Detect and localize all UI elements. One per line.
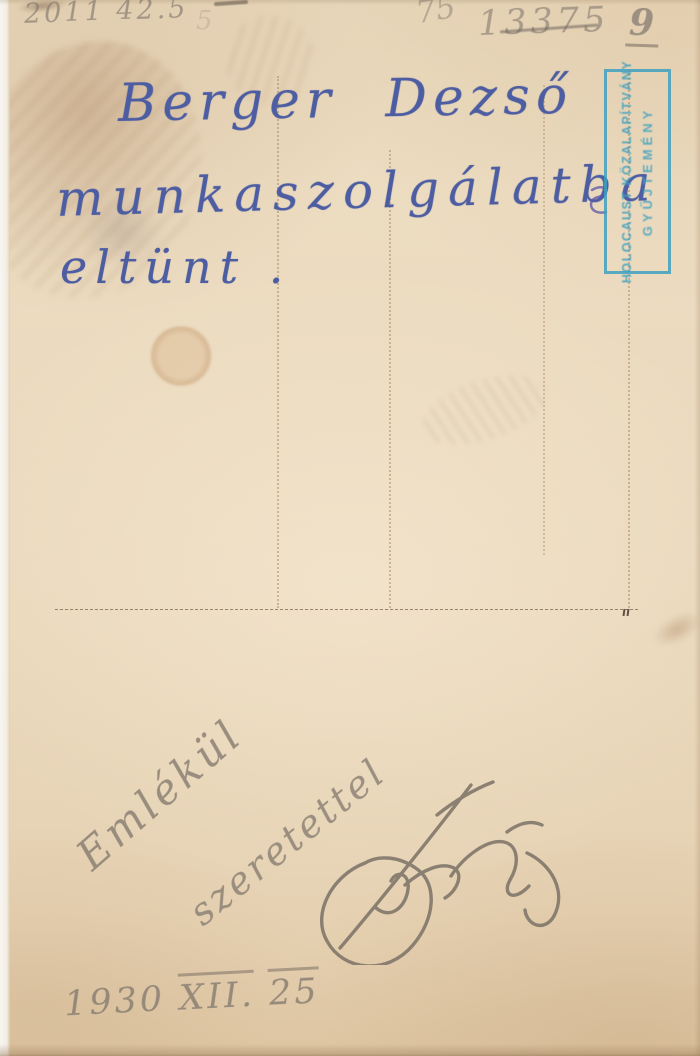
inscription-name: Berger Dezső [118, 66, 574, 134]
line-end-mark [623, 601, 631, 620]
date-note: 1930 XII. 25 [63, 971, 320, 1024]
archival-page-number: 9 [625, 1, 660, 47]
signature [265, 735, 595, 965]
card-right-edge [694, 0, 700, 1056]
round-stain [150, 326, 212, 386]
card-top-edge [0, 0, 700, 5]
scan-edge-left [0, 0, 10, 1056]
printed-horizontal-divider-line [55, 609, 638, 610]
stamp-line1: HOLOCAUST KÖZALAPÍTVÁNY [620, 60, 634, 283]
stamp-line2: GYŰJTEMÉNY [640, 107, 655, 237]
archival-number-top-right: 13375 [477, 0, 610, 44]
dedication-word1: Emlékül [67, 710, 252, 880]
postcard-back-scan: 2011 42.5 5 75 13375 9 Berger Dezső munk… [0, 0, 700, 1056]
printed-vertical-guide-line [277, 76, 279, 608]
collection-stamp: HOLOCAUST KÖZALAPÍTVÁNY GYŰJTEMÉNY [607, 71, 668, 272]
date-month-roman: XII. [178, 970, 256, 1019]
inscription-line2: munkaszolgálatba [55, 154, 660, 228]
printed-vertical-guide-line [543, 85, 545, 555]
card-bottom-edge [0, 1044, 700, 1056]
date-year: 1930 [63, 979, 166, 1024]
brown-streak [647, 604, 700, 655]
archival-number-ghost: 5 [196, 6, 213, 36]
date-day: 25 [268, 966, 321, 1014]
inscription-line3: eltünt . [60, 240, 291, 294]
faint-pencil-impressions [414, 361, 556, 458]
